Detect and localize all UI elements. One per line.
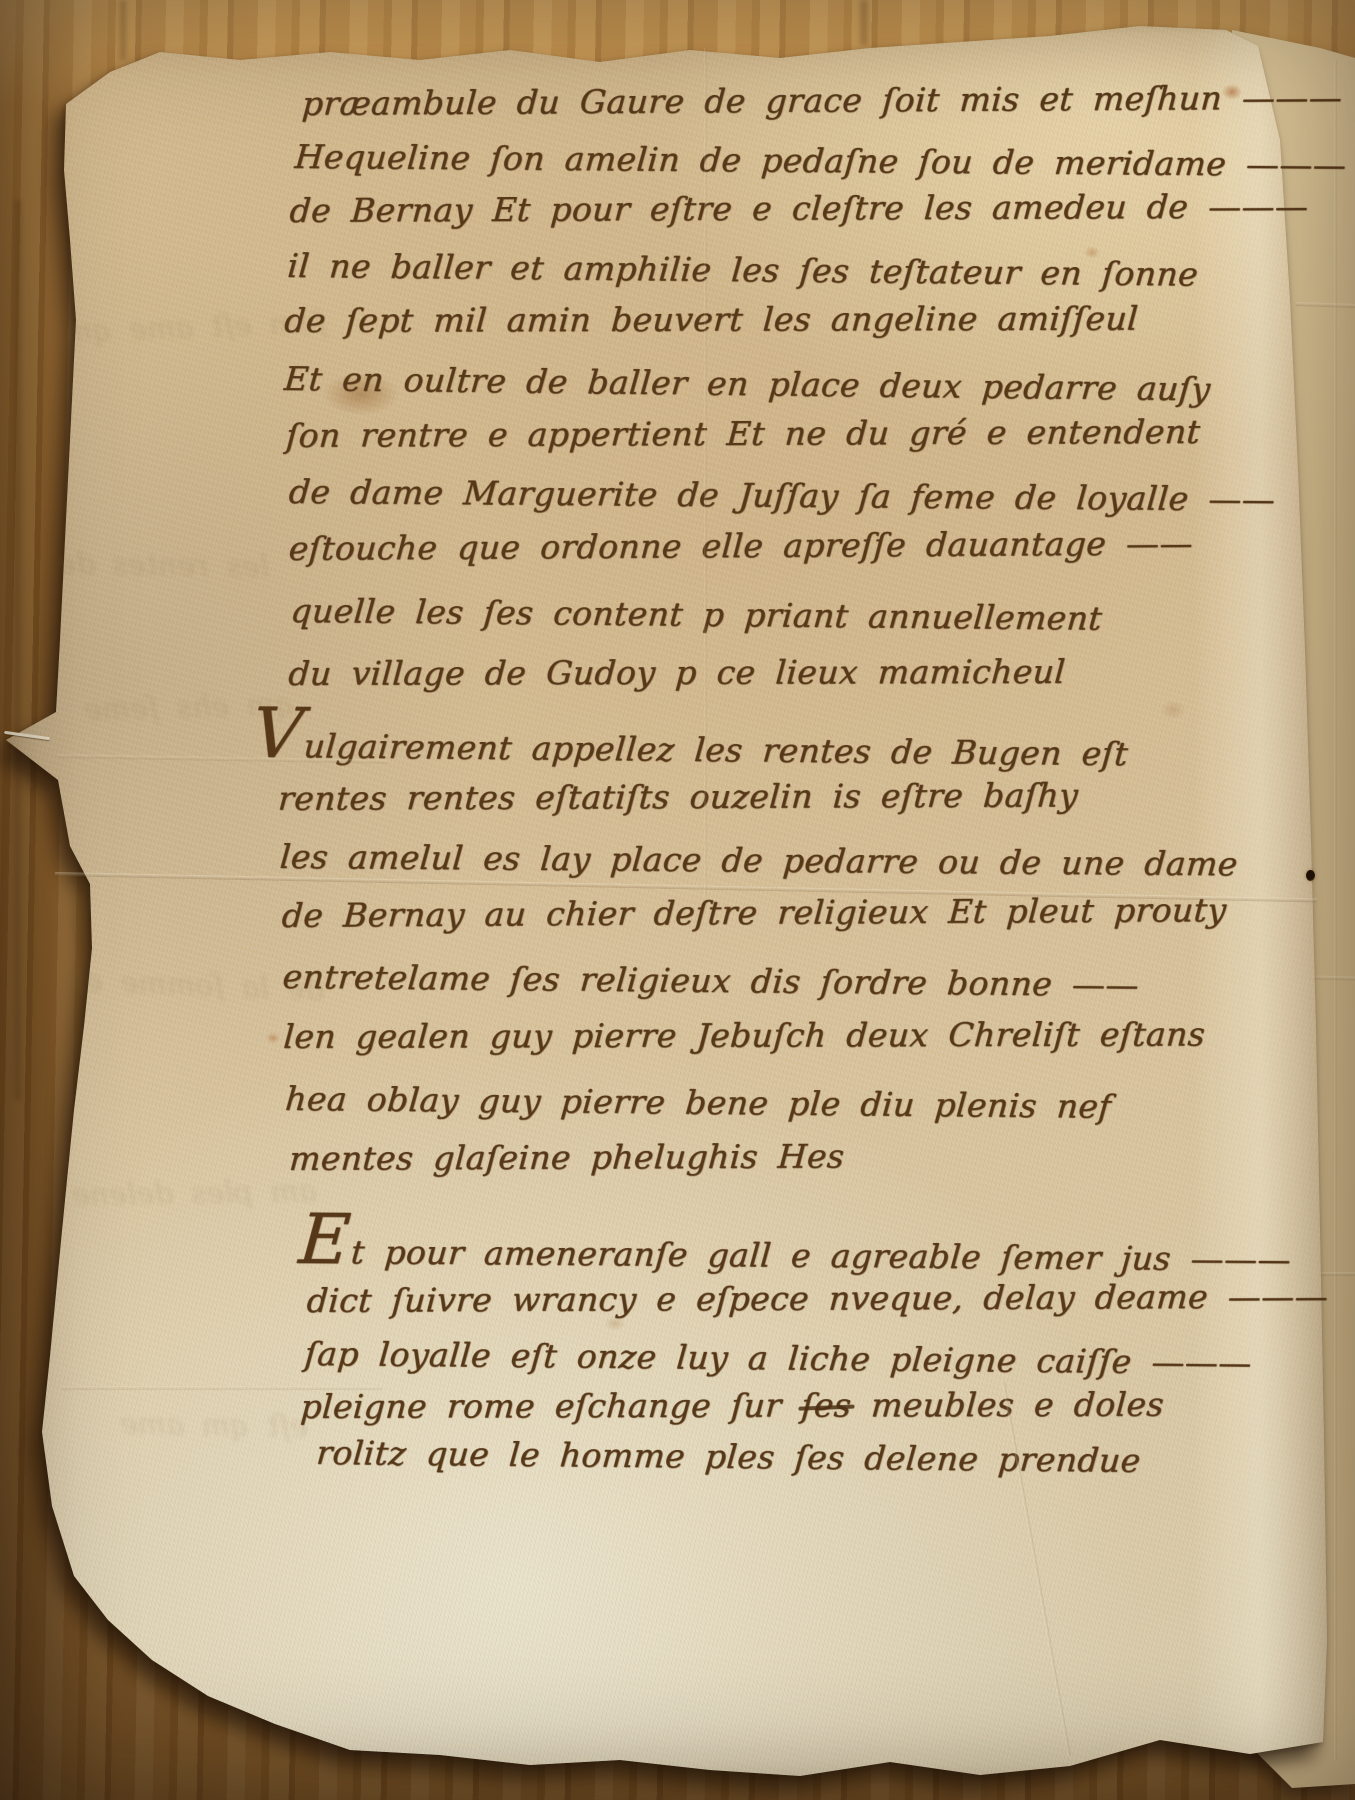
manuscript-line: ſap loyalle eſt onze luy a liche pleigne…: [303, 1337, 1253, 1379]
manuscript-line: il ne baller et amphilie les ſes teſtate…: [286, 249, 1199, 291]
manuscript-line: entretelame ſes religieux dis ſordre bon…: [281, 960, 1140, 1001]
manuscript-line: præambule du Gaure de grace ſoit mis et …: [301, 81, 1343, 120]
manuscript-line: hea oblay guy pierre bene ple diu plenis…: [284, 1082, 1112, 1123]
manuscript-line: de Bernay Et pour eſtre e cleſtre les am…: [289, 190, 1310, 227]
manuscript-line: rentes rentes eſtatiſts ouzelin is eſtre…: [277, 778, 1079, 815]
struck-word: ſes: [800, 1386, 853, 1425]
handwriting-layer: præambule du Gaure de grace ſoit mis et …: [0, 0, 1355, 1800]
manuscript-line: Et pour ameneranſe gall e agreable ſemer…: [297, 1221, 1293, 1276]
faint-crease: [62, 1386, 382, 1390]
manuscript-line: ſon rentre e appertient Et ne du gré e e…: [285, 415, 1201, 452]
manuscript-line: les amelul es lay place de pedarre ou de…: [279, 840, 1239, 881]
manuscript-line: du village de Gudoy p ce lieux mamicheul: [287, 655, 1066, 690]
manuscript-line: quelle les ſes content p priant annuelle…: [289, 594, 1103, 635]
manuscript-line: mentes glaſeine phelughis Hes: [288, 1140, 845, 1175]
line-segment: pleigne rome eſchange ſur: [299, 1386, 802, 1426]
photograph-of-manuscript: ſem eſt ame qm les rentes de qm ehs ſeme…: [0, 0, 1355, 1800]
manuscript-line: Hequeline ſon amelin de pedaſne ſou de m…: [294, 140, 1348, 181]
manuscript-line: len gealen guy pierre Jebuſch deux Chrel…: [283, 1018, 1207, 1053]
vertical-crease: [704, 48, 707, 898]
manuscript-line: dict ſuivre wrancy e eſpece nveque, dela…: [306, 1280, 1329, 1317]
manuscript-line: de dame Marguerite de Juſſay ſa feme de …: [288, 475, 1277, 516]
manuscript-line: Et en oultre de baller en place deux ped…: [283, 362, 1212, 405]
stitch-hole: [1306, 870, 1315, 881]
manuscript-line: pleigne rome eſchange ſur ſes meubles e …: [300, 1388, 1166, 1423]
manuscript-line: eſtouche que ordonne elle apreſſe dauant…: [288, 526, 1194, 565]
manuscript-line: de Bernay au chier deſtre religieux Et p…: [281, 893, 1228, 932]
manuscript-line: de ſept mil amin beuvert les angeline am…: [283, 302, 1139, 337]
